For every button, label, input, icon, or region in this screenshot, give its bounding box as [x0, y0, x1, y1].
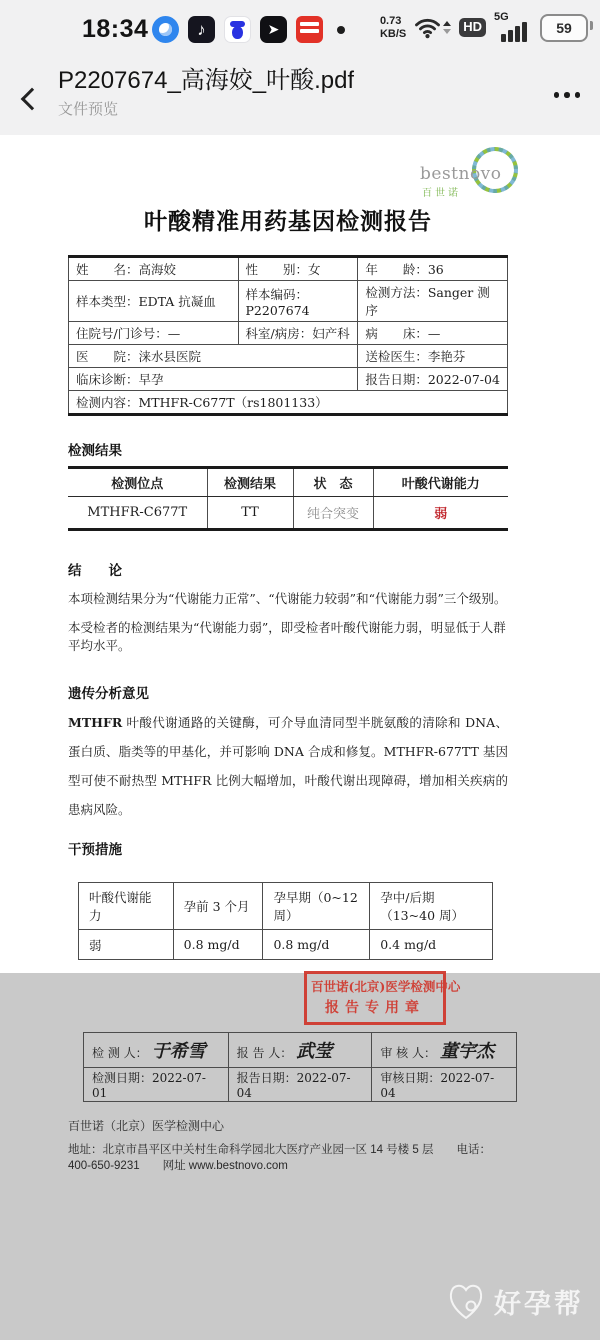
- reviewer-label: 审 核 人：: [380, 1046, 436, 1060]
- table-header-row: 检测位点 检测结果 状 态 叶酸代谢能力: [68, 468, 508, 497]
- department-cell: 科室/病房：妇产科: [238, 322, 358, 345]
- back-button[interactable]: [16, 82, 50, 116]
- nav-bar: P2207674_高海姣_叶酸.pdf 文件预览: [0, 60, 600, 135]
- genetic-analysis-paragraph: MTHFR 叶酸代谢通路的关键酶，可介导血清同型半胱氨酸的清除和 DNA、蛋白质…: [68, 708, 508, 824]
- test-date-cell: 检测日期：2022-07-01: [84, 1068, 229, 1102]
- review-date-cell: 审核日期：2022-07-04: [372, 1068, 517, 1102]
- method-cell: 检测方法：Sanger 测序: [358, 281, 508, 322]
- red-sign-app-icon: [296, 16, 323, 43]
- stamp-org-line: 百世诺(北京)医学检测中心: [311, 977, 439, 995]
- report-date-cell2: 报告日期：2022-07-04: [228, 1068, 372, 1102]
- blue-circle-app-icon: [152, 16, 179, 43]
- logo-brand-text: bestnovo: [420, 164, 502, 184]
- results-heading: 检测结果: [68, 439, 508, 459]
- table-row: 临床诊断：早孕 报告日期：2022-07-04: [69, 368, 508, 391]
- col-metabolism: 叶酸代谢能力: [373, 468, 508, 497]
- stamp-seal-line: 报告专用章: [311, 997, 439, 1017]
- footer-contact-line: 地址：北京市昌平区中关村生命科学园北大医疗产业园一区 14 号楼 5 层 电话：…: [68, 1141, 508, 1173]
- official-red-stamp: 百世诺(北京)医学检测中心 报告专用章: [304, 971, 446, 1025]
- conclusion-paragraph-1: 本项检测结果分为“代谢能力正常”、“代谢能力较弱”和“代谢能力弱”三个级别。: [68, 590, 508, 608]
- hospital-cell: 医 院：涞水县医院: [69, 345, 358, 368]
- reviewer-signature: 董宇杰: [440, 1041, 494, 1062]
- table-row: 住院号/门诊号：— 科室/病房：妇产科 病 床：—: [69, 322, 508, 345]
- diagnosis-cell: 临床诊断：早孕: [69, 368, 358, 391]
- phone-screen: 18:34 ♪ ➤ 0.73 KB/S HD: [0, 0, 600, 1340]
- footer-org-name: 百世诺（北京）医学检测中心: [68, 1117, 508, 1134]
- status-bar: 18:34 ♪ ➤ 0.73 KB/S HD: [0, 0, 600, 60]
- pdf-content: bestnovo 百世诺 叶酸精准用药基因检测报告 姓 名：高海姣 性 别：女 …: [0, 135, 600, 973]
- admission-no-cell: 住院号/门诊号：—: [69, 322, 239, 345]
- bestnovo-logo: bestnovo 百世诺: [420, 147, 518, 205]
- age-cell: 年 龄：36: [358, 257, 508, 281]
- col-pre-pregnancy: 孕前 3 个月: [173, 883, 263, 930]
- more-notifications-dot-icon: [337, 26, 345, 34]
- col-site: 检测位点: [68, 468, 207, 497]
- reporter-cell: 报 告 人：武莹: [228, 1033, 372, 1068]
- signature-table: 检 测 人：于希雪 报 告 人：武莹 审 核 人：董宇杰 检测日期：2022-0…: [83, 1032, 517, 1102]
- more-menu-button[interactable]: [552, 86, 583, 104]
- bed-cell: 病 床：—: [358, 322, 508, 345]
- clock: 18:34: [82, 15, 148, 44]
- haoyunbang-watermark: 好孕帮: [446, 1278, 584, 1324]
- heart-logo-icon: [446, 1278, 486, 1324]
- wifi-icon: [414, 17, 451, 39]
- metabolism-value: 弱: [373, 497, 508, 530]
- file-preview-subtitle: 文件预览: [58, 98, 354, 119]
- table-row: 姓 名：高海姣 性 别：女 年 龄：36: [69, 257, 508, 281]
- report-date-cell: 报告日期：2022-07-04: [358, 368, 508, 391]
- table-row: 检 测 人：于希雪 报 告 人：武莹 审 核 人：董宇杰: [84, 1033, 517, 1068]
- col-early-pregnancy: 孕早期（0~12 周）: [263, 883, 370, 930]
- table-row: 检测日期：2022-07-01 报告日期：2022-07-04 审核日期：202…: [84, 1068, 517, 1102]
- col-result: 检测结果: [207, 468, 293, 497]
- name-cell: 姓 名：高海姣: [69, 257, 239, 281]
- genetic-analysis-heading: 遗传分析意见: [68, 682, 508, 702]
- reporter-label: 报 告 人：: [237, 1046, 293, 1060]
- dose-mid-late: 0.4 mg/d: [370, 930, 493, 960]
- tester-cell: 检 测 人：于希雪: [84, 1033, 229, 1068]
- table-row: 医 院：涞水县医院 送检医生：李艳芬: [69, 345, 508, 368]
- pdf-page[interactable]: bestnovo 百世诺 叶酸精准用药基因检测报告 姓 名：高海姣 性 别：女 …: [0, 135, 600, 973]
- ability-value: 弱: [79, 930, 174, 960]
- hd-volte-icon: HD: [459, 18, 486, 36]
- file-title: P2207674_高海姣_叶酸.pdf: [58, 66, 354, 96]
- col-status: 状 态: [293, 468, 373, 497]
- tester-label: 检 测 人：: [92, 1046, 148, 1060]
- patient-info-table: 姓 名：高海姣 性 别：女 年 龄：36 样本类型：EDTA 抗凝血 样本编码：…: [68, 255, 508, 416]
- table-row: 弱 0.8 mg/d 0.8 mg/d 0.4 mg/d: [79, 930, 493, 960]
- conclusion-paragraph-2: 本受检者的检测结果为“代谢能力弱”，即受检者叶酸代谢能力弱，明显低于人群平均水平…: [68, 619, 508, 655]
- referring-doctor-cell: 送检医生：李艳芬: [358, 345, 508, 368]
- watermark-text: 好孕帮: [494, 1282, 584, 1321]
- gender-cell: 性 别：女: [238, 257, 358, 281]
- table-row: MTHFR-C677T TT 纯合突变 弱: [68, 497, 508, 530]
- reviewer-cell: 审 核 人：董宇杰: [372, 1033, 517, 1068]
- document-footer: 百世诺（北京）医学检测中心 地址：北京市昌平区中关村生命科学园北大医疗产业园一区…: [68, 1117, 508, 1173]
- status-value: 纯合突变: [293, 497, 373, 530]
- battery-icon: 59: [540, 14, 588, 42]
- sample-id-cell: 样本编码：P2207674: [238, 281, 358, 322]
- dose-early: 0.8 mg/d: [263, 930, 370, 960]
- col-metabolism-ability: 叶酸代谢能力: [79, 883, 174, 930]
- col-mid-late-pregnancy: 孕中/后期（13~40 周）: [370, 883, 493, 930]
- table-row: 样本类型：EDTA 抗凝血 样本编码：P2207674 检测方法：Sanger …: [69, 281, 508, 322]
- reporter-signature: 武莹: [296, 1041, 332, 1062]
- arrow-player-app-icon: ➤: [260, 16, 287, 43]
- gene-name: MTHFR: [68, 715, 122, 730]
- cellular-signal-icon: 5G: [494, 12, 532, 43]
- intervention-heading: 干预措施: [68, 838, 508, 858]
- douyin-app-icon: ♪: [188, 16, 215, 43]
- intervention-table: 叶酸代谢能力 孕前 3 个月 孕早期（0~12 周） 孕中/后期（13~40 周…: [78, 882, 493, 960]
- wifi-traffic-arrows-icon: [443, 21, 451, 34]
- baidu-app-icon: [224, 16, 251, 43]
- nav-title-block: P2207674_高海姣_叶酸.pdf 文件预览: [58, 66, 354, 119]
- site-value: MTHFR-C677T: [68, 497, 207, 530]
- tester-signature: 于希雪: [152, 1041, 206, 1062]
- genetic-analysis-text: 叶酸代谢通路的关键酶，可介导血清同型半胱氨酸的清除和 DNA、蛋白质、脂类等的甲…: [68, 715, 508, 817]
- notification-icons: ♪ ➤: [152, 16, 345, 43]
- logo-brand-cn: 百世诺: [422, 184, 461, 199]
- table-row: 检测内容：MTHFR-C677T（rs1801133）: [69, 391, 508, 415]
- table-header-row: 叶酸代谢能力 孕前 3 个月 孕早期（0~12 周） 孕中/后期（13~40 周…: [79, 883, 493, 930]
- results-table: 检测位点 检测结果 状 态 叶酸代谢能力 MTHFR-C677T TT 纯合突变…: [68, 466, 508, 531]
- network-speed-value: 0.73: [380, 15, 406, 27]
- status-indicators: 0.73 KB/S HD 5G 59: [380, 12, 588, 43]
- sample-type-cell: 样本类型：EDTA 抗凝血: [69, 281, 239, 322]
- network-speed: 0.73 KB/S: [380, 15, 406, 39]
- network-speed-unit: KB/S: [380, 28, 406, 40]
- test-content-cell: 检测内容：MTHFR-C677T（rs1801133）: [69, 391, 508, 415]
- conclusion-heading: 结 论: [68, 559, 508, 579]
- battery-level: 59: [556, 20, 572, 36]
- result-value: TT: [207, 497, 293, 530]
- dose-pre: 0.8 mg/d: [173, 930, 263, 960]
